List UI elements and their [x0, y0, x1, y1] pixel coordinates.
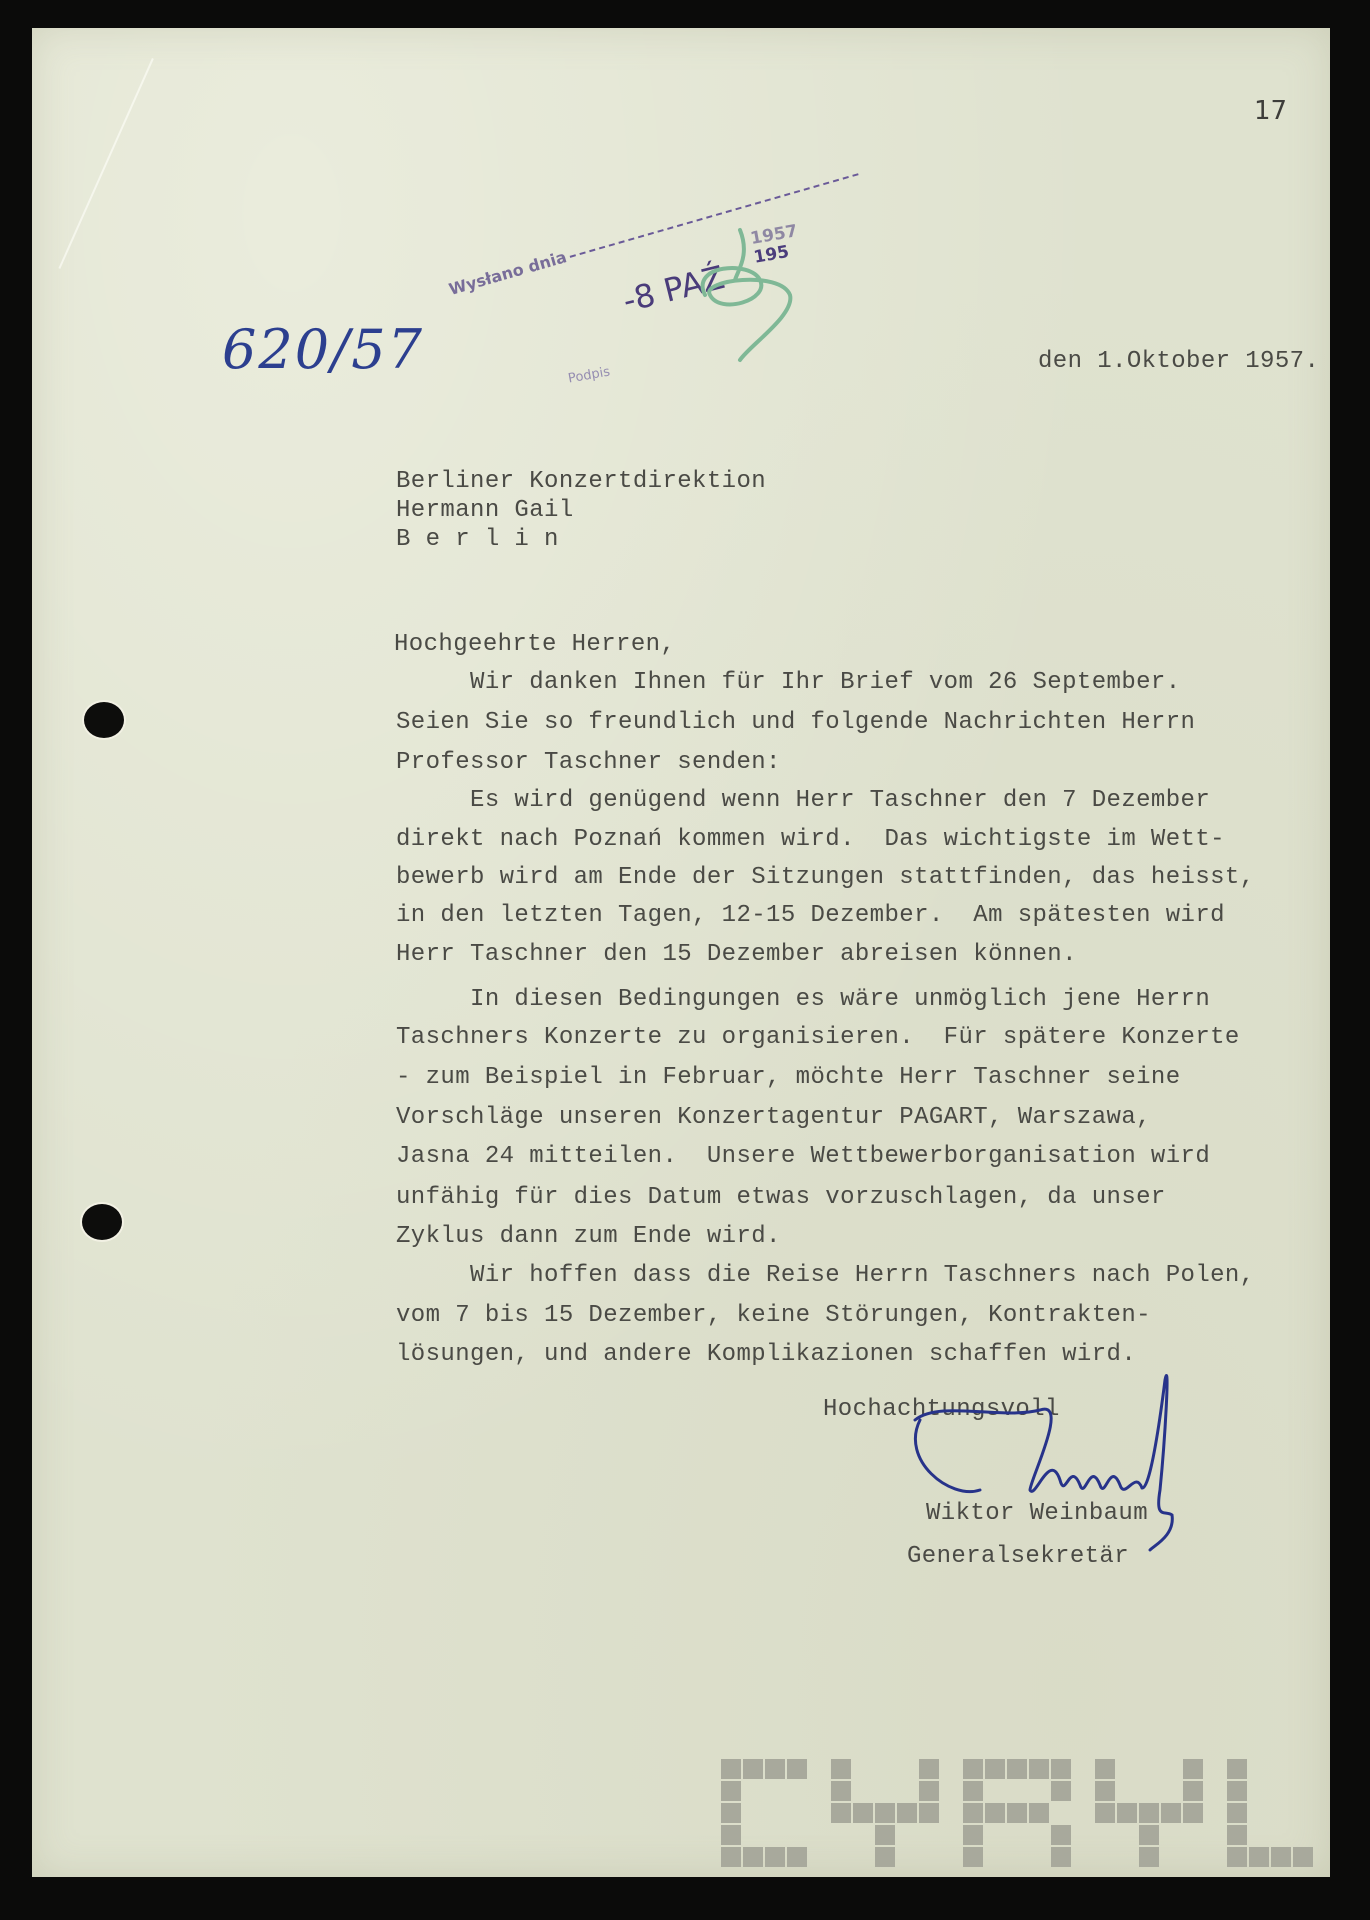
reference-number: 620/57	[222, 318, 424, 381]
body-line: in den letzten Tagen, 12-15 Dezember. Am…	[396, 904, 1225, 928]
logo-block	[1227, 1803, 1247, 1823]
logo-block	[721, 1825, 741, 1845]
logo-block	[963, 1759, 983, 1779]
logo-block	[1095, 1803, 1115, 1823]
logo-block	[919, 1781, 939, 1801]
logo-block	[721, 1847, 741, 1867]
punch-hole-top	[82, 700, 126, 740]
logo-block	[919, 1803, 939, 1823]
logo-block	[765, 1847, 785, 1867]
logo-block	[831, 1803, 851, 1823]
logo-block	[1007, 1759, 1027, 1779]
page-number: 17	[1254, 96, 1287, 126]
body-line: direkt nach Poznań kommen wird. Das wich…	[396, 828, 1225, 852]
logo-block	[721, 1781, 741, 1801]
body-line: Wir danken Ihnen für Ihr Brief vom 26 Se…	[396, 671, 1181, 695]
logo-block	[1051, 1847, 1071, 1867]
logo-block	[963, 1803, 983, 1823]
logo-block	[743, 1847, 763, 1867]
green-initials-mark	[690, 225, 820, 365]
body-line: Es wird genügend wenn Herr Taschner den …	[396, 789, 1210, 813]
body-line: Zyklus dann zum Ende wird.	[396, 1225, 781, 1249]
logo-block	[1293, 1847, 1313, 1867]
logo-block	[875, 1847, 895, 1867]
body-line: Wir hoffen dass die Reise Herrn Taschner…	[396, 1264, 1255, 1288]
logo-block	[1051, 1825, 1071, 1845]
body-line: Jasna 24 mitteilen. Unsere Wettbewerborg…	[396, 1145, 1210, 1169]
logo-block	[721, 1759, 741, 1779]
logo-block	[875, 1803, 895, 1823]
body-line: - zum Beispiel in Februar, möchte Herr T…	[396, 1066, 1181, 1090]
logo-block	[765, 1759, 785, 1779]
logo-block	[1183, 1781, 1203, 1801]
logo-block	[1227, 1825, 1247, 1845]
punch-hole-bottom	[80, 1202, 124, 1242]
logo-block	[1051, 1781, 1071, 1801]
logo-block	[853, 1803, 873, 1823]
body-line: Seien Sie so freundlich und folgende Nac…	[396, 711, 1195, 735]
logo-block	[1161, 1803, 1181, 1823]
logo-block	[1227, 1781, 1247, 1801]
logo-block	[1139, 1825, 1159, 1845]
logo-block	[985, 1759, 1005, 1779]
recipient-line: Berliner Konzertdirektion	[396, 470, 766, 494]
logo-block	[1227, 1847, 1247, 1867]
logo-block	[831, 1781, 851, 1801]
body-line: vom 7 bis 15 Dezember, keine Störungen, …	[396, 1304, 1151, 1328]
logo-block	[1051, 1759, 1071, 1779]
logo-block	[743, 1759, 763, 1779]
logo-block	[831, 1759, 851, 1779]
salutation: Hochgeehrte Herren,	[394, 633, 675, 657]
signer-title: Generalsekretär	[907, 1545, 1129, 1569]
logo-block	[1117, 1803, 1137, 1823]
logo-block	[1139, 1803, 1159, 1823]
body-line: unfähig für dies Datum etwas vorzuschlag…	[396, 1186, 1166, 1210]
body-line: Professor Taschner senden:	[396, 751, 781, 775]
logo-block	[1029, 1759, 1049, 1779]
logo-block	[875, 1825, 895, 1845]
logo-block	[787, 1759, 807, 1779]
logo-block	[1227, 1759, 1247, 1779]
logo-block	[1095, 1759, 1115, 1779]
logo-block	[1183, 1803, 1203, 1823]
logo-block	[1095, 1781, 1115, 1801]
logo-block	[1271, 1847, 1291, 1867]
logo-block	[985, 1803, 1005, 1823]
logo-block	[1007, 1803, 1027, 1823]
logo-block	[787, 1847, 807, 1867]
body-line: Vorschläge unseren Konzertagentur PAGART…	[396, 1106, 1151, 1130]
body-line: Taschners Konzerte zu organisieren. Für …	[396, 1026, 1240, 1050]
logo-block	[963, 1825, 983, 1845]
logo-block	[919, 1759, 939, 1779]
recipient-line: Hermann Gail	[396, 499, 574, 523]
logo-block	[897, 1803, 917, 1823]
logo-block	[963, 1781, 983, 1801]
logo-block	[1029, 1803, 1049, 1823]
body-line: Herr Taschner den 15 Dezember abreisen k…	[396, 943, 1077, 967]
logo-block	[1183, 1759, 1203, 1779]
body-line: bewerb wird am Ende der Sitzungen stattf…	[396, 866, 1255, 890]
recipient-line: B e r l i n	[396, 528, 559, 552]
logo-block	[1139, 1847, 1159, 1867]
logo-block	[721, 1803, 741, 1823]
logo-block	[1249, 1847, 1269, 1867]
body-line: In diesen Bedingungen es wäre unmöglich …	[396, 988, 1210, 1012]
signer-name: Wiktor Weinbaum	[926, 1502, 1148, 1526]
date-line: den 1.Oktober 1957.	[1038, 350, 1319, 374]
handwritten-signature	[910, 1360, 1210, 1560]
paper-crease	[58, 58, 153, 269]
logo-block	[963, 1847, 983, 1867]
